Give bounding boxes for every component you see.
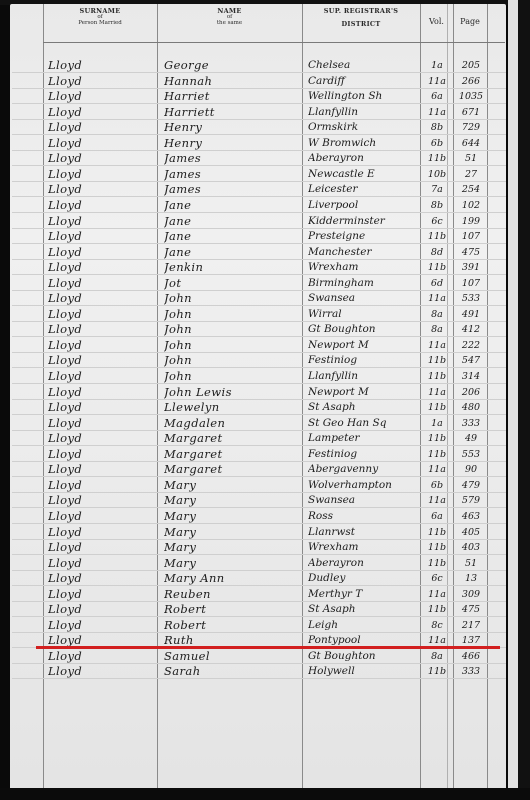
volume-cell: 11b (422, 228, 452, 245)
page-cell: 254 (454, 181, 488, 198)
district-cell: Wrexham (308, 259, 423, 276)
volume-cell: 11b (422, 663, 452, 680)
surname-cell: Lloyd (48, 181, 153, 198)
district-cell: St Asaph (308, 601, 423, 618)
table-row: LloydJamesAberayron11b51 (0, 150, 506, 167)
district-cell: Presteigne (308, 228, 423, 245)
volume-cell: 8b (422, 197, 452, 214)
header-rule (43, 42, 505, 43)
surname-cell: Lloyd (48, 601, 153, 618)
name-cell: James (164, 181, 300, 198)
page-cell: 1035 (454, 88, 488, 105)
name-cell: Mary (164, 508, 300, 525)
surname-cell: Lloyd (48, 368, 153, 385)
district-cell: Gt Boughton (308, 321, 423, 338)
volume-cell: 6a (422, 508, 452, 525)
page-cell: 547 (454, 352, 488, 369)
name-cell: George (164, 57, 300, 74)
district-cell: Leicester (308, 181, 423, 198)
district-cell: Festiniog (308, 352, 423, 369)
district-cell: Swansea (308, 492, 423, 509)
header-name-sub: the same (157, 21, 302, 27)
name-cell: John (164, 368, 300, 385)
volume-cell: 11b (422, 352, 452, 369)
page-cell: 403 (454, 539, 488, 556)
page-cell: 107 (454, 228, 488, 245)
table-row: LloydHenryOrmskirk8b729 (0, 119, 506, 136)
table-row: LloydMarySwansea11a579 (0, 492, 506, 509)
header-district: SUP. REGISTRAR'S DISTRICT (302, 4, 420, 46)
page-margin-strip (508, 0, 518, 800)
volume-cell: 11b (422, 430, 452, 447)
page-cell: 533 (454, 290, 488, 307)
volume-cell: 8a (422, 321, 452, 338)
page-cell: 314 (454, 368, 488, 385)
district-cell: Chelsea (308, 57, 423, 74)
name-cell: Mary Ann (164, 570, 300, 587)
table-row: LloydJohnFestiniog11b547 (0, 352, 506, 369)
scan-bottom-border (0, 788, 530, 800)
volume-cell: 6a (422, 88, 452, 105)
table-row: LloydGeorgeChelsea1a205 (0, 57, 506, 74)
table-row: LloydLlewelynSt Asaph11b480 (0, 399, 506, 416)
surname-cell: Lloyd (48, 461, 153, 478)
name-cell: John (164, 321, 300, 338)
district-cell: Wellington Sh (308, 88, 423, 105)
volume-cell: 8b (422, 119, 452, 136)
district-cell: Aberayron (308, 150, 423, 167)
surname-cell: Lloyd (48, 228, 153, 245)
table-row: LloydMargaretLampeter11b49 (0, 430, 506, 447)
header-surname: SURNAME of Person Married (43, 4, 157, 46)
name-cell: Henry (164, 119, 300, 136)
district-cell: Swansea (308, 290, 423, 307)
surname-cell: Lloyd (48, 150, 153, 167)
surname-cell: Lloyd (48, 88, 153, 105)
district-cell: Holywell (308, 663, 423, 680)
name-cell: Margaret (164, 430, 300, 447)
surname-cell: Lloyd (48, 57, 153, 74)
header-name: NAME of the same (157, 4, 302, 46)
table-row: LloydHarrietWellington Sh6a1035 (0, 88, 506, 105)
volume-cell: 11b (422, 259, 452, 276)
name-cell: Harriet (164, 88, 300, 105)
page-cell: 13 (454, 570, 488, 587)
red-highlight-line (36, 646, 500, 649)
table-row: LloydMaryWrexham11b403 (0, 539, 506, 556)
name-cell: Jenkin (164, 259, 300, 276)
volume-cell: 11b (422, 399, 452, 416)
page-cell: 102 (454, 197, 488, 214)
surname-cell: Lloyd (48, 663, 153, 680)
district-cell: Liverpool (308, 197, 423, 214)
table-row: LloydJenkinWrexham11b391 (0, 259, 506, 276)
volume-cell: 7a (422, 181, 452, 198)
district-cell: Lampeter (308, 430, 423, 447)
surname-cell: Lloyd (48, 508, 153, 525)
table-row: LloydMaryRoss6a463 (0, 508, 506, 525)
volume-cell: 11a (422, 290, 452, 307)
surname-cell: Lloyd (48, 321, 153, 338)
surname-cell: Lloyd (48, 119, 153, 136)
page-cell: 475 (454, 601, 488, 618)
volume-cell: 11b (422, 150, 452, 167)
table-row: LloydJanePresteigne11b107 (0, 228, 506, 245)
name-cell: Jane (164, 228, 300, 245)
header-district-sub: DISTRICT (302, 21, 420, 28)
district-cell: Ross (308, 508, 423, 525)
scan-right-border (518, 0, 530, 800)
page-cell: 729 (454, 119, 488, 136)
volume-cell: 11a (422, 492, 452, 509)
name-cell: Margaret (164, 461, 300, 478)
table-row: LloydJohnGt Boughton8a412 (0, 321, 506, 338)
name-cell: Sarah (164, 663, 300, 680)
surname-cell: Lloyd (48, 197, 153, 214)
page-cell: 51 (454, 150, 488, 167)
district-cell: Ormskirk (308, 119, 423, 136)
district-cell: St Asaph (308, 399, 423, 416)
volume-cell: 11b (422, 601, 452, 618)
surname-cell: Lloyd (48, 352, 153, 369)
table-row: LloydJohnSwansea11a533 (0, 290, 506, 307)
table-row: LloydMargaretAbergavenny11a90 (0, 461, 506, 478)
name-cell: Mary (164, 492, 300, 509)
name-cell: Mary (164, 539, 300, 556)
table-row: LloydSarahHolywell11b333 (0, 663, 506, 680)
district-cell: Dudley (308, 570, 423, 587)
table-row: LloydJamesLeicester7a254 (0, 181, 506, 198)
table-row: LloydRobertSt Asaph11b475 (0, 601, 506, 618)
name-cell: John (164, 352, 300, 369)
name-cell: John (164, 290, 300, 307)
name-cell: Robert (164, 601, 300, 618)
table-row: LloydJohnLlanfyllin11b314 (0, 368, 506, 385)
volume-cell: 6c (422, 570, 452, 587)
header-district-title: SUP. REGISTRAR'S (302, 8, 420, 15)
district-cell: Llanfyllin (308, 368, 423, 385)
page-cell: 463 (454, 508, 488, 525)
header-page: Page (453, 4, 487, 56)
name-cell: Jane (164, 197, 300, 214)
district-cell: Abergavenny (308, 461, 423, 478)
page-cell: 480 (454, 399, 488, 416)
volume-cell: 11a (422, 461, 452, 478)
page-cell: 412 (454, 321, 488, 338)
surname-cell: Lloyd (48, 399, 153, 416)
name-cell: Llewelyn (164, 399, 300, 416)
surname-cell: Lloyd (48, 570, 153, 587)
surname-cell: Lloyd (48, 430, 153, 447)
page-cell: 49 (454, 430, 488, 447)
page-cell: 90 (454, 461, 488, 478)
volume-cell: 1a (422, 57, 452, 74)
page-cell: 333 (454, 663, 488, 680)
page-cell: 391 (454, 259, 488, 276)
district-cell: Wrexham (308, 539, 423, 556)
page-cell: 579 (454, 492, 488, 509)
name-cell: James (164, 150, 300, 167)
surname-cell: Lloyd (48, 290, 153, 307)
table-row: LloydMary AnnDudley6c13 (0, 570, 506, 587)
volume-cell: 11b (422, 539, 452, 556)
surname-cell: Lloyd (48, 492, 153, 509)
volume-cell: 11b (422, 368, 452, 385)
surname-cell: Lloyd (48, 539, 153, 556)
table-row: LloydJaneLiverpool8b102 (0, 197, 506, 214)
header-surname-sub: Person Married (43, 21, 157, 27)
surname-cell: Lloyd (48, 259, 153, 276)
page-cell: 205 (454, 57, 488, 74)
header-vol: Vol. (420, 4, 453, 56)
